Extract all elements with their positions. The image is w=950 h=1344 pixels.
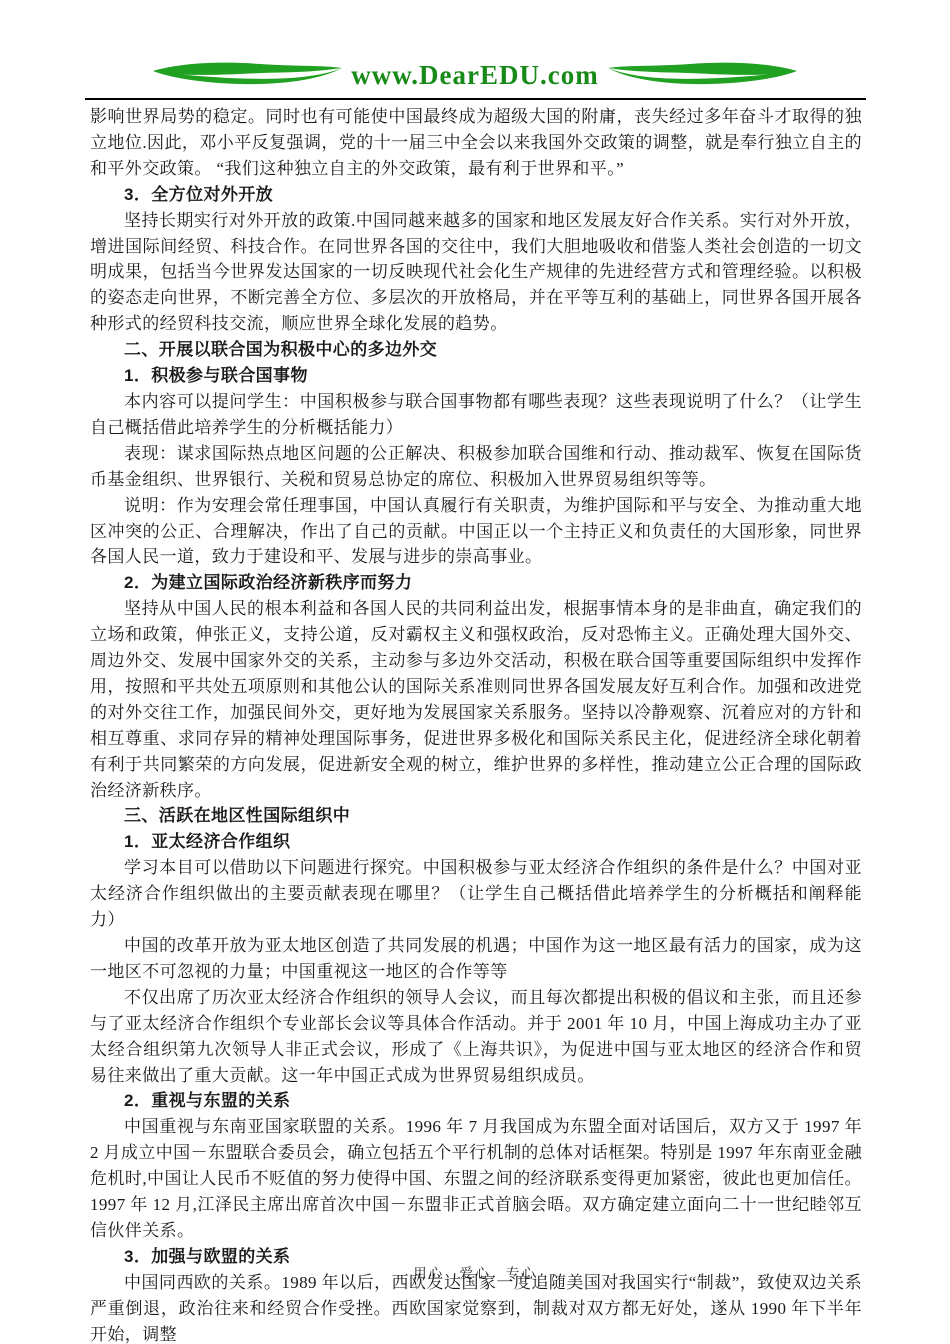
section-heading: 二、开展以联合国为积极中心的多边外交 <box>90 337 862 363</box>
footer-motto: 用心 爱心 专心 <box>413 1266 537 1281</box>
document-body: 影响世界局势的稳定。同时也有可能使中国最终成为超级大国的附庸，丧失经过多年奋斗才… <box>90 104 862 1344</box>
section-heading: 1．亚太经济合作组织 <box>90 829 862 855</box>
page-header: www.DearEDU.com <box>0 0 950 100</box>
paragraph: 坚持长期实行对外开放的政策.中国同越来越多的国家和地区发展友好合作关系。实行对外… <box>90 208 862 338</box>
paragraph: 不仅出席了历次亚太经济合作组织的领导人会议，而且每次都提出积极的倡议和主张，而且… <box>90 985 862 1089</box>
logo-left-swoosh-icon <box>150 60 345 90</box>
paragraph: 中国重视与东南亚国家联盟的关系。1996 年 7 月我国成为东盟全面对话国后，双… <box>90 1114 862 1244</box>
paragraph: 中国的改革开放为亚太地区创造了共同发展的机遇；中国作为这一地区最有活力的国家，成… <box>90 933 862 985</box>
section-heading: 2．为建立国际政治经济新秩序而努力 <box>90 570 862 596</box>
dearedu-logo: www.DearEDU.com <box>0 54 950 96</box>
paragraph: 本内容可以提问学生：中国积极参与联合国事物都有哪些表现？这些表现说明了什么？（让… <box>90 389 862 441</box>
section-heading: 1．积极参与联合国事物 <box>90 363 862 389</box>
paragraph: 说明：作为安理会常任理事国，中国认真履行有关职责，为维护国际和平与安全、为推动重… <box>90 493 862 571</box>
section-heading: 三、活跃在地区性国际组织中 <box>90 803 862 829</box>
paragraph: 影响世界局势的稳定。同时也有可能使中国最终成为超级大国的附庸，丧失经过多年奋斗才… <box>90 104 862 182</box>
paragraph: 表现：谋求国际热点地区问题的公正解决、积极参加联合国维和行动、推动裁军、恢复在国… <box>90 441 862 493</box>
page-footer: 用心 爱心 专心 <box>0 1262 950 1282</box>
header-divider <box>85 98 866 100</box>
section-heading: 2．重视与东盟的关系 <box>90 1088 862 1114</box>
paragraph: 学习本目可以借助以下问题进行探究。中国积极参与亚太经济合作组织的条件是什么？中国… <box>90 855 862 933</box>
logo-text: www.DearEDU.com <box>351 62 598 89</box>
logo-right-swoosh-icon <box>605 60 800 90</box>
section-heading: 3．全方位对外开放 <box>90 182 862 208</box>
paragraph: 坚持从中国人民的根本利益和各国人民的共同利益出发，根据事情本身的是非曲直，确定我… <box>90 596 862 803</box>
